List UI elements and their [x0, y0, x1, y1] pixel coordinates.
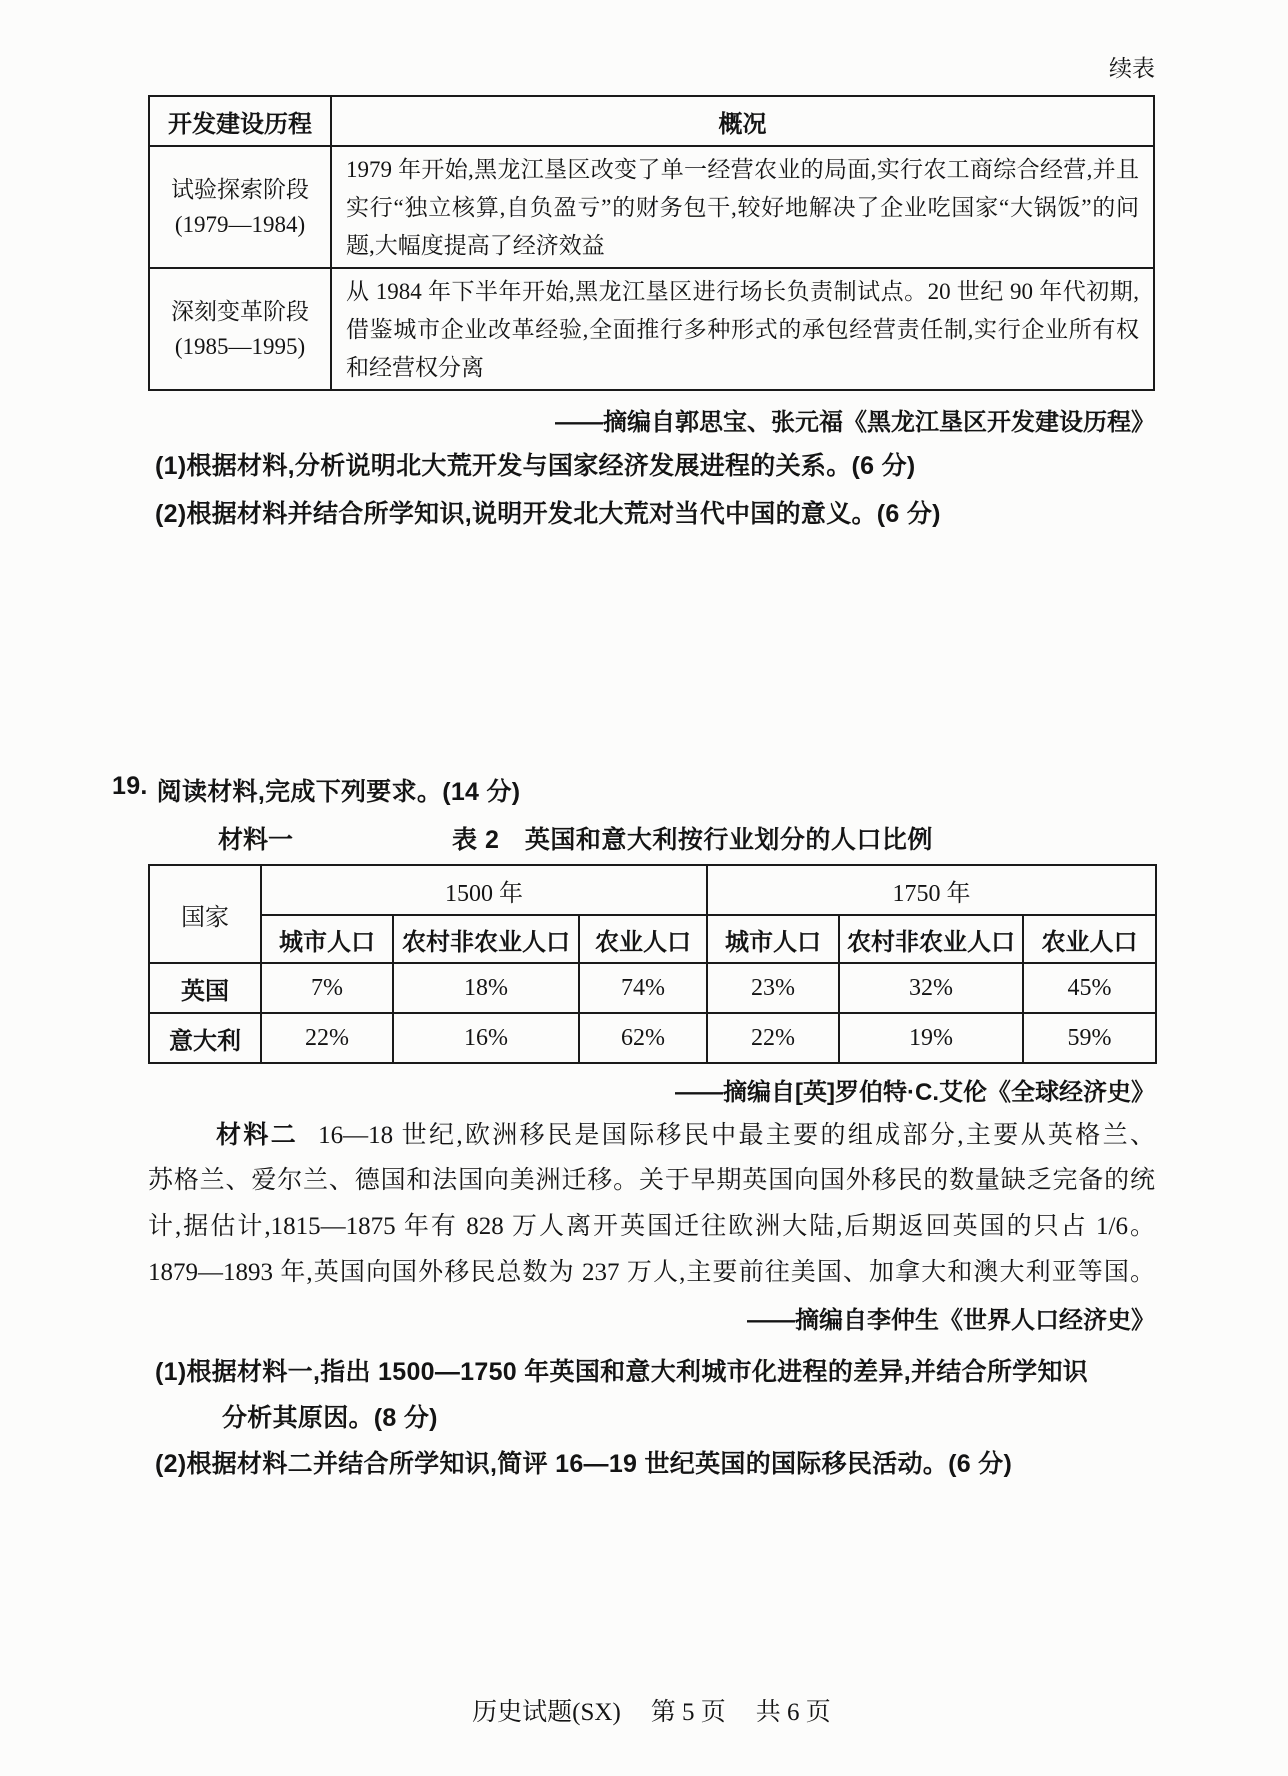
footer-total-pages: 共 6 页: [756, 1692, 831, 1728]
t2-country: 英国: [149, 963, 261, 1013]
question-intro: 阅读材料,完成下列要求。(14 分): [157, 772, 521, 808]
table2-caption: 表 2 英国和意大利按行业划分的人口比例: [452, 820, 933, 856]
t2-cell: 7%: [261, 963, 393, 1013]
t2-country: 意大利: [149, 1013, 261, 1063]
summary-line: 和经营权分离: [346, 349, 1139, 387]
question-18-1: (1)根据材料,分析说明北大荒开发与国家经济发展进程的关系。(6 分): [155, 446, 916, 482]
stage-period: (1979—1984): [151, 207, 329, 242]
question-19-2: (2)根据材料二并结合所学知识,简评 16—19 世纪英国的国际移民活动。(6 …: [155, 1444, 1012, 1480]
question-19-heading: 19. 阅读材料,完成下列要求。(14 分): [112, 772, 520, 808]
t2-cell: 74%: [579, 963, 707, 1013]
t2-subheader: 农业人口: [1023, 915, 1156, 963]
material-1-label: 材料一: [218, 820, 293, 856]
paragraph-line: 1879—1893 年,英国向国外移民总数为 237 万人,主要前往美国、加拿大…: [148, 1250, 1155, 1296]
summary-line: 实行“独立核算,自负盈亏”的财务包干,较好地解决了企业吃国家“大锅饭”的问: [346, 189, 1139, 227]
t2-subheader: 城市人口: [707, 915, 839, 963]
table-row: 英国 7% 18% 74% 23% 32% 45%: [149, 963, 1156, 1013]
population-share-table: 国家 1500 年 1750 年 城市人口 农村非农业人口 农业人口 城市人口 …: [148, 864, 1157, 1064]
t2-cell: 62%: [579, 1013, 707, 1063]
paragraph-line: 计,据估计,1815—1875 年有 828 万人离开英国迁往欧洲大陆,后期返回…: [148, 1204, 1155, 1250]
t2-cell: 59%: [1023, 1013, 1156, 1063]
t2-cell: 22%: [707, 1013, 839, 1063]
t1-row2-stage: 深刻变革阶段 (1985—1995): [149, 268, 331, 390]
material-2-label: 材料二: [216, 1121, 298, 1149]
continued-table-label: 续表: [148, 50, 1155, 83]
exam-page: 续表 开发建设历程 概况 试验探索阶段 (1979—1984) 1979 年开始…: [0, 0, 1288, 1776]
t1-row1-stage: 试验探索阶段 (1979—1984): [149, 146, 331, 268]
table1-source-attribution: ——摘编自郭思宝、张元福《黑龙江垦区开发建设历程》: [148, 402, 1155, 437]
table-row: 深刻变革阶段 (1985—1995) 从 1984 年下半年开始,黑龙江垦区进行…: [149, 268, 1154, 390]
table-row: 城市人口 农村非农业人口 农业人口 城市人口 农村非农业人口 农业人口: [149, 915, 1156, 963]
paragraph-line: 材料二16—18 世纪,欧洲移民是国际移民中最主要的组成部分,主要从英格兰、: [148, 1112, 1155, 1158]
t1-header-overview: 概况: [331, 96, 1154, 146]
material2-source-attribution: ——摘编自李仲生《世界人口经济史》: [148, 1300, 1155, 1335]
table-row: 试验探索阶段 (1979—1984) 1979 年开始,黑龙江垦区改变了单一经营…: [149, 146, 1154, 268]
t2-cell: 22%: [261, 1013, 393, 1063]
t2-subheader: 农村非农业人口: [393, 915, 579, 963]
question-18-2: (2)根据材料并结合所学知识,说明开发北大荒对当代中国的意义。(6 分): [155, 494, 941, 530]
t1-row2-summary: 从 1984 年下半年开始,黑龙江垦区进行场长负责制试点。20 世纪 90 年代…: [331, 268, 1154, 390]
question-number: 19.: [112, 772, 148, 808]
page-footer: 历史试题(SX) 第 5 页 共 6 页: [148, 1692, 1155, 1728]
t2-year-1750: 1750 年: [707, 865, 1156, 915]
summary-line: 从 1984 年下半年开始,黑龙江垦区进行场长负责制试点。20 世纪 90 年代…: [346, 273, 1139, 311]
summary-line: 题,大幅度提高了经济效益: [346, 227, 1139, 265]
t2-cell: 18%: [393, 963, 579, 1013]
question-19-1-line2: 分析其原因。(8 分): [222, 1398, 438, 1434]
t2-cell: 19%: [839, 1013, 1023, 1063]
t1-header-stage: 开发建设历程: [149, 96, 331, 146]
paragraph-line: 苏格兰、爱尔兰、德国和法国向美洲迁移。关于早期英国向国外移民的数量缺乏完备的统: [148, 1158, 1155, 1204]
t1-row1-summary: 1979 年开始,黑龙江垦区改变了单一经营农业的局面,实行农工商综合经营,并且 …: [331, 146, 1154, 268]
t2-subheader: 农业人口: [579, 915, 707, 963]
material-2-paragraph: 材料二16—18 世纪,欧洲移民是国际移民中最主要的组成部分,主要从英格兰、 苏…: [148, 1112, 1155, 1296]
stage-period: (1985—1995): [151, 329, 329, 364]
t2-corner-header: 国家: [149, 865, 261, 963]
t2-cell: 16%: [393, 1013, 579, 1063]
t2-cell: 23%: [707, 963, 839, 1013]
t2-subheader: 城市人口: [261, 915, 393, 963]
t2-subheader: 农村非农业人口: [839, 915, 1023, 963]
stage-name: 试验探索阶段: [151, 172, 329, 207]
paragraph-text: 16—18 世纪,欧洲移民是国际移民中最主要的组成部分,主要从英格兰、: [318, 1122, 1155, 1149]
t2-year-1500: 1500 年: [261, 865, 707, 915]
table-row: 国家 1500 年 1750 年: [149, 865, 1156, 915]
table-row: 意大利 22% 16% 62% 22% 19% 59%: [149, 1013, 1156, 1063]
table2-source-attribution: ——摘编自[英]罗伯特·C.艾伦《全球经济史》: [148, 1072, 1155, 1107]
development-stages-table: 开发建设历程 概况 试验探索阶段 (1979—1984) 1979 年开始,黑龙…: [148, 95, 1155, 391]
question-19-1-line1: (1)根据材料一,指出 1500—1750 年英国和意大利城市化进程的差异,并结…: [155, 1352, 1088, 1388]
stage-name: 深刻变革阶段: [151, 294, 329, 329]
t2-cell: 45%: [1023, 963, 1156, 1013]
footer-page-number: 第 5 页: [651, 1692, 726, 1728]
t2-cell: 32%: [839, 963, 1023, 1013]
table-row: 开发建设历程 概况: [149, 96, 1154, 146]
summary-line: 1979 年开始,黑龙江垦区改变了单一经营农业的局面,实行农工商综合经营,并且: [346, 151, 1139, 189]
summary-line: 借鉴城市企业改革经验,全面推行多种形式的承包经营责任制,实行企业所有权: [346, 311, 1139, 349]
footer-exam-name: 历史试题(SX): [472, 1692, 621, 1728]
